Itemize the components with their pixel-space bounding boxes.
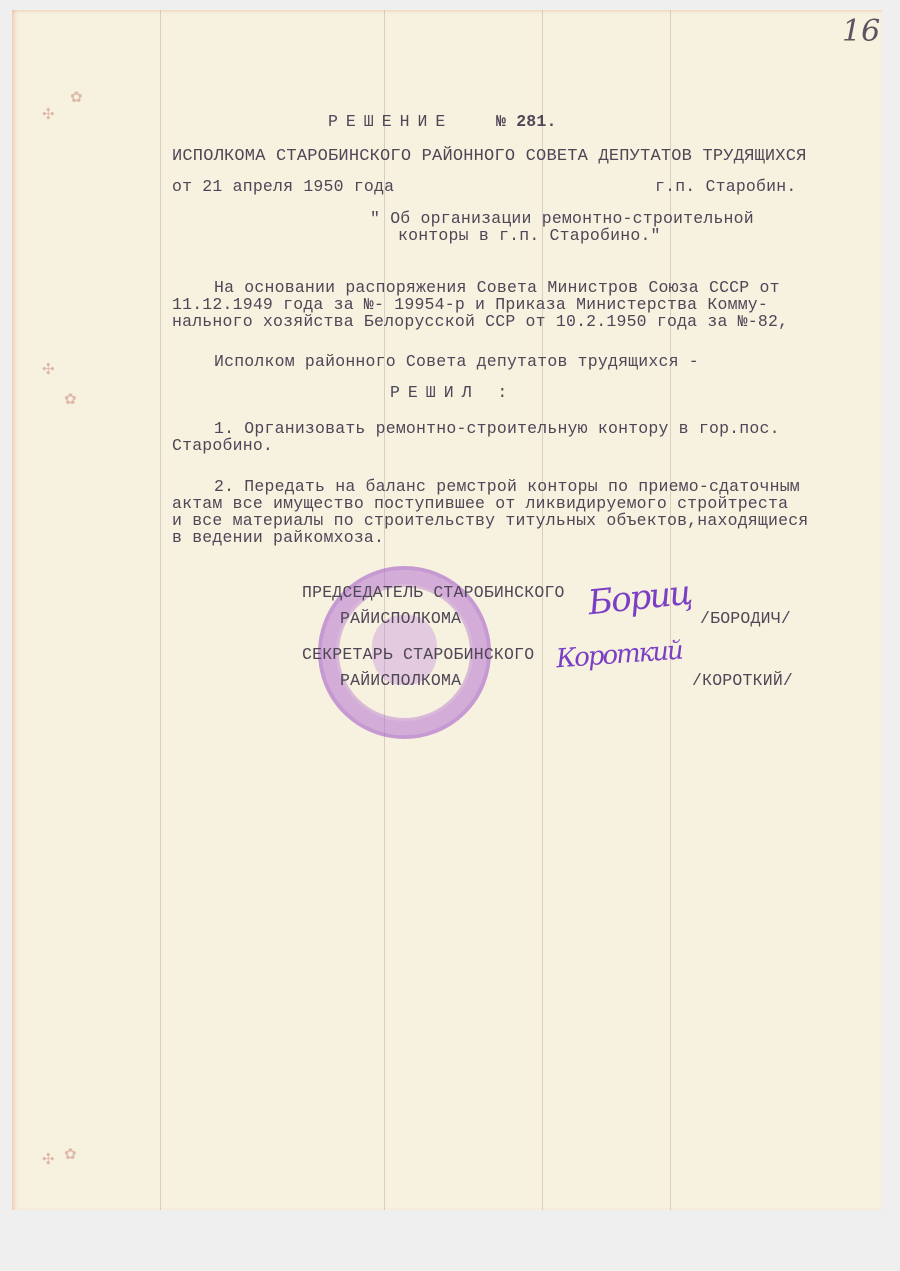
authority-line: Исполком районного Совета депутатов труд… (214, 353, 699, 370)
document-number: № 281. (496, 113, 557, 130)
point-2-line: в ведении райкомхоза. (172, 529, 384, 546)
point-2-line: и все материалы по строительству титульн… (172, 512, 808, 529)
signatory-name: /БОРОДИЧ/ (700, 610, 791, 627)
point-2-line: актам все имущество поступившее от ликви… (172, 495, 788, 512)
preamble-line: На основании распоряжения Совета Министр… (214, 279, 780, 296)
preamble-line: 11.12.1949 года за №- 19954-р и Приказа … (172, 296, 768, 313)
signatory-title: ПРЕДСЕДАТЕЛЬ СТАРОБИНСКОГО (302, 584, 565, 601)
issuing-authority: ИСПОЛКОМА СТАРОБИНСКОГО РАЙОННОГО СОВЕТА… (172, 148, 807, 165)
emboss-mark-icon: ✿ (70, 88, 83, 106)
subject-line: " Об организации ремонтно-строительной (370, 210, 754, 227)
point-1-line: 1. Организовать ремонтно-строительную ко… (214, 420, 780, 437)
emboss-mark-icon: ✣ (42, 360, 55, 378)
fold-line (160, 10, 161, 1210)
document-title: РЕШЕНИЕ (328, 113, 453, 130)
subject-line: конторы в г.п. Старобино." (398, 227, 661, 244)
signatory-title: РАЙИСПОЛКОМА (340, 672, 461, 689)
page-number: 16 (842, 14, 880, 49)
signatory-name: /КОРОТКИЙ/ (692, 672, 793, 689)
emboss-mark-icon: ✣ (42, 1150, 55, 1168)
signatory-title: РАЙИСПОЛКОМА (340, 610, 461, 627)
preamble-line: нального хозяйства Белорусской ССР от 10… (172, 313, 788, 330)
emboss-mark-icon: ✿ (64, 1145, 77, 1163)
decided-heading: РЕШИЛ : (390, 384, 515, 401)
fold-line (542, 10, 543, 1210)
emboss-mark-icon: ✣ (42, 105, 55, 123)
point-1-line: Старобино. (172, 437, 273, 454)
document-date: от 21 апреля 1950 года (172, 178, 394, 195)
signatory-title: СЕКРЕТАРЬ СТАРОБИНСКОГО (302, 646, 534, 663)
document-place: г.п. Старобин. (655, 178, 796, 195)
point-2-line: 2. Передать на баланс ремстрой конторы п… (214, 478, 800, 495)
emboss-mark-icon: ✿ (64, 390, 77, 408)
